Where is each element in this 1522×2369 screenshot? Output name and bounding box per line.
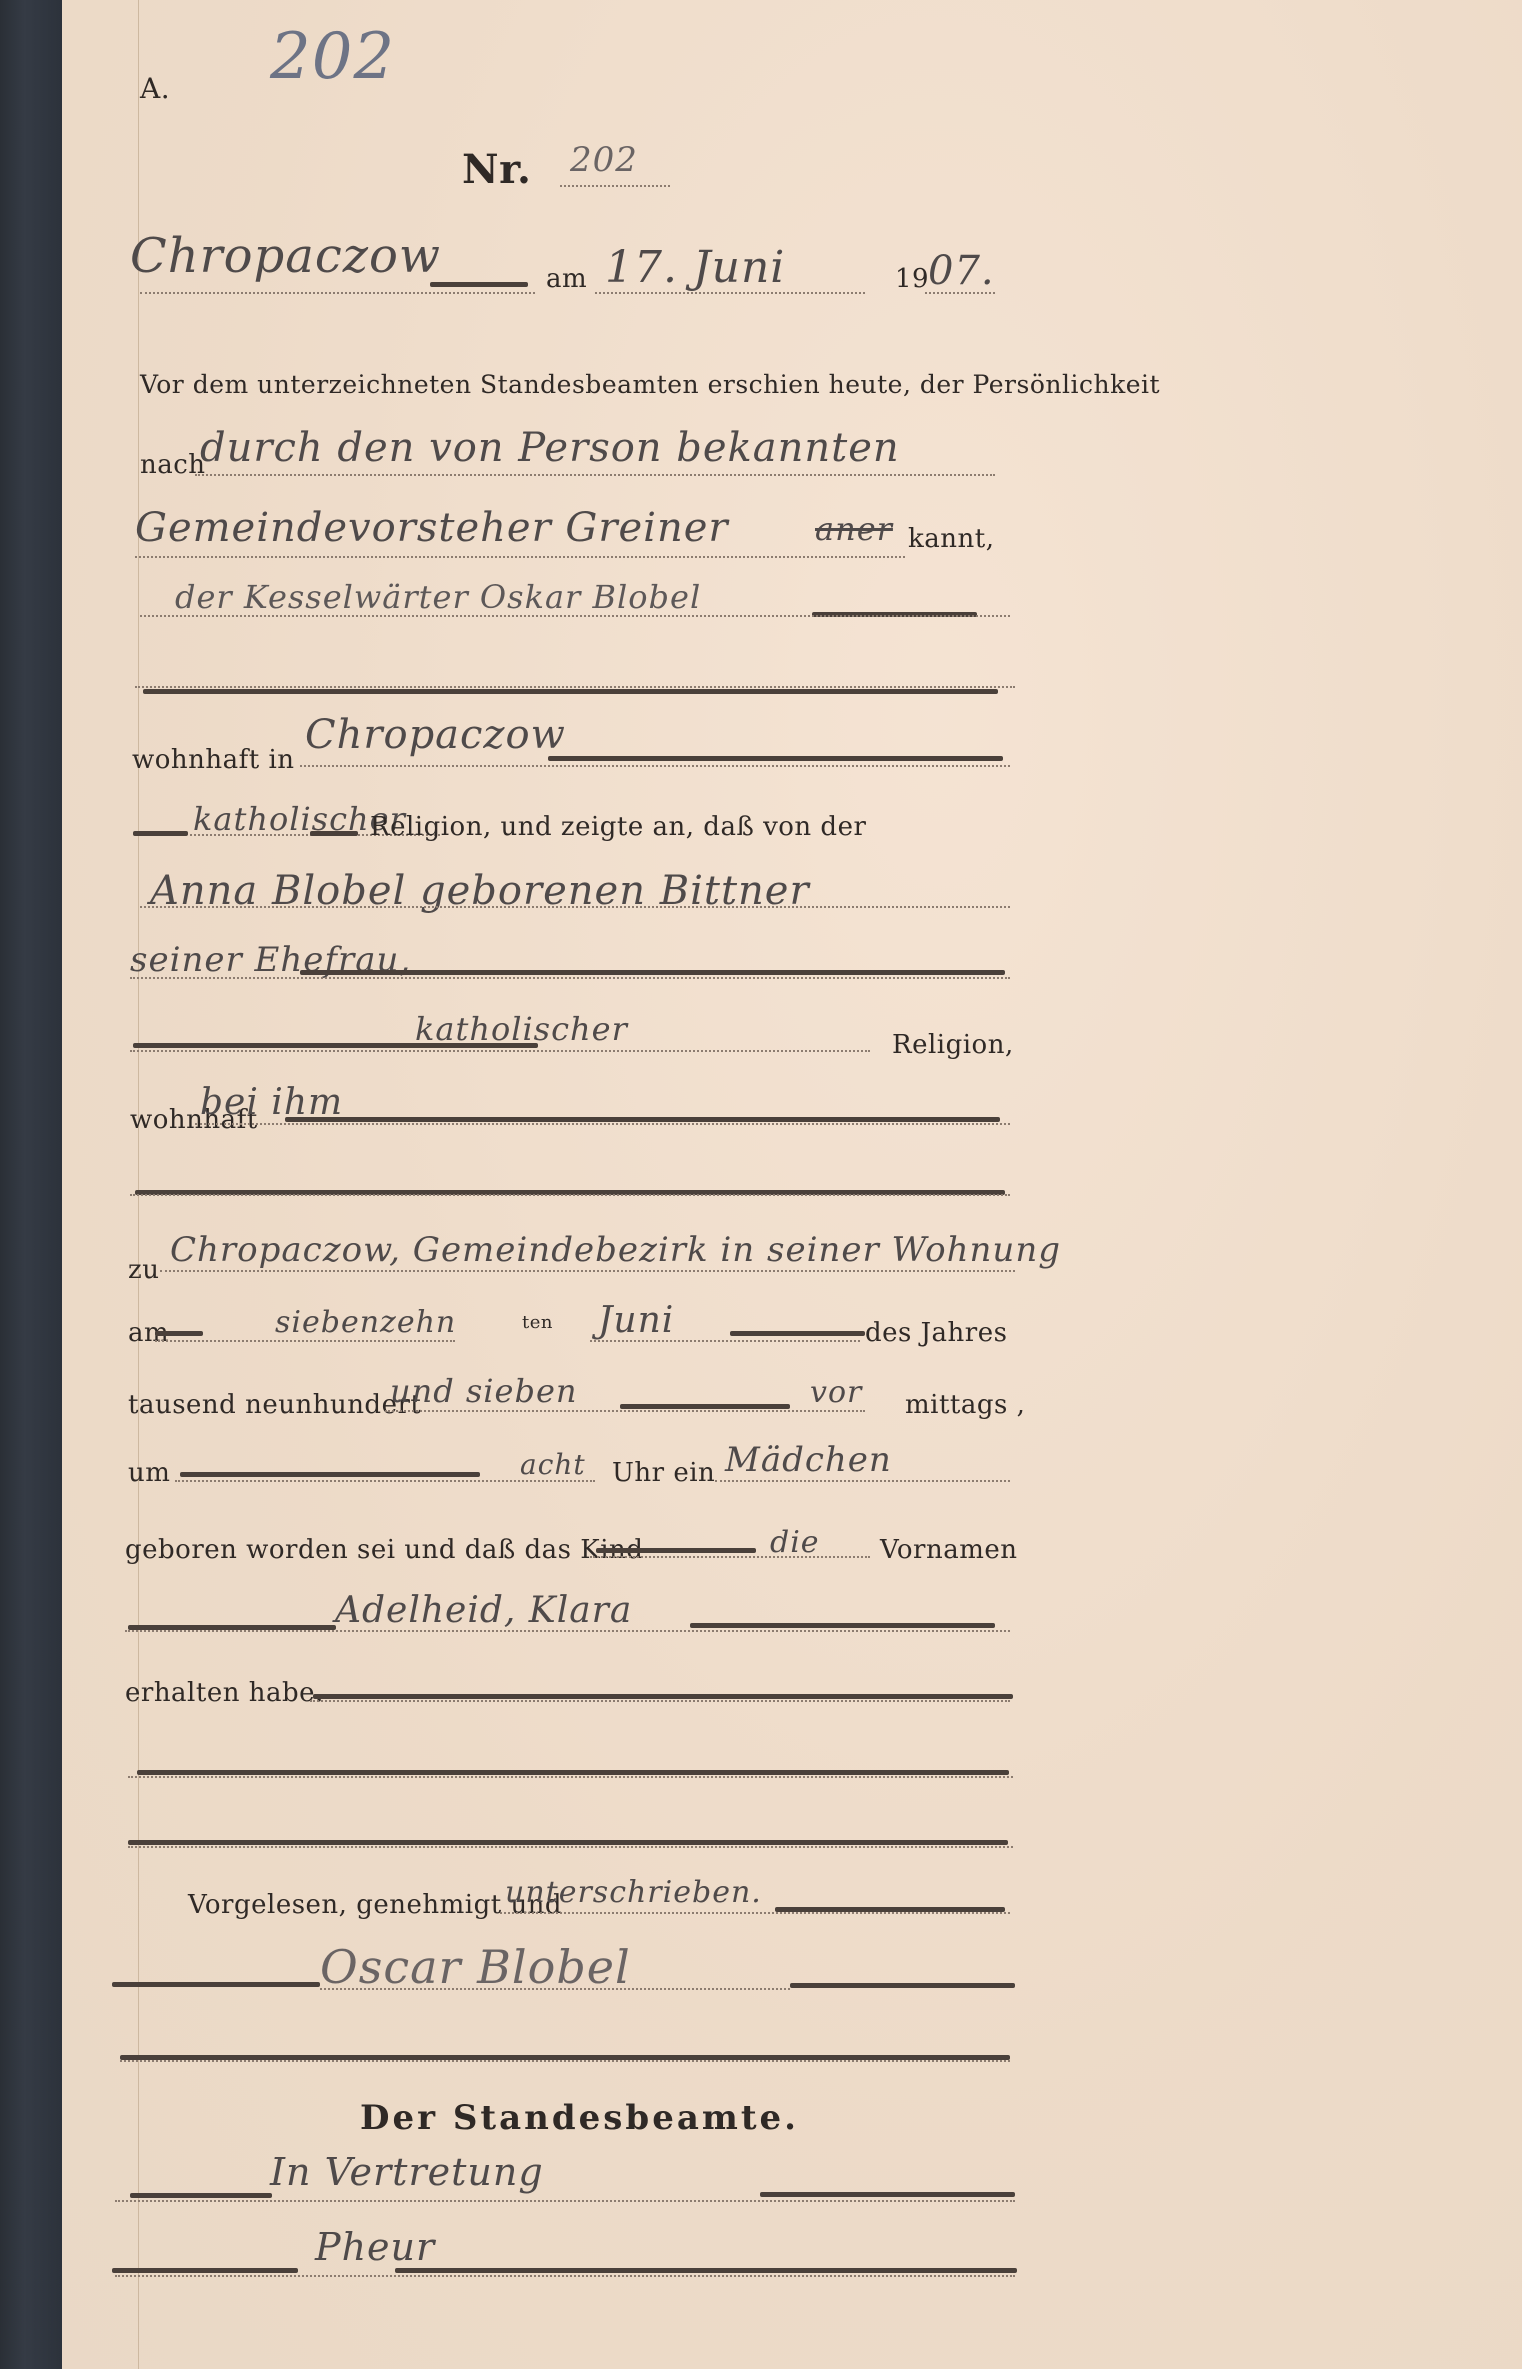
residence-dots — [300, 765, 1010, 767]
born-text: geboren worden sei und daß das Kind — [125, 1535, 643, 1565]
informant-name: der Kesselwärter Oskar Blobel — [175, 578, 701, 616]
registrar-note: In Vertretung — [270, 2150, 544, 2194]
mother-residence-rule — [285, 1117, 1000, 1122]
informant-signature-rule-left — [112, 1982, 320, 1987]
registrar-dots — [115, 2200, 1015, 2202]
birth-place-value: Chropaczow, Gemeindebezirk in seiner Woh… — [170, 1230, 1061, 1270]
hour-label: um — [128, 1458, 170, 1488]
informant-signature-rule-right — [790, 1983, 1015, 1988]
year-words-rule — [620, 1404, 790, 1409]
child-names-rule-right — [690, 1623, 995, 1628]
birth-month-rule — [730, 1331, 865, 1336]
signature-rule-left — [112, 2268, 298, 2273]
place-rule — [430, 282, 528, 287]
identity-suffix: kannt, — [908, 524, 994, 554]
hour-value: acht — [520, 1448, 586, 1481]
birth-place-dots — [160, 1270, 1015, 1272]
birth-place-label: zu — [128, 1255, 159, 1285]
received-label: erhalten habe. — [125, 1678, 324, 1708]
birth-year-label: des Jahres — [865, 1318, 1007, 1348]
registrar-title: Der Standesbeamte. — [360, 2098, 799, 2138]
child-names: Adelheid, Klara — [335, 1590, 632, 1631]
mother-relation-dots — [130, 977, 1010, 979]
informant-signature-dots — [320, 1988, 790, 1990]
empty-dots-4 — [128, 1846, 1013, 1848]
birth-month-value: Juni — [598, 1300, 674, 1341]
identity-dots-2 — [135, 556, 905, 558]
informant-signature: Oscar Blobel — [320, 1940, 631, 1994]
empty-rule-4 — [128, 1840, 1008, 1845]
registrar-rule-right — [760, 2192, 1015, 2197]
mother-relation-rule — [300, 970, 1005, 975]
child-names-dots — [125, 1630, 1010, 1632]
article-dots — [590, 1556, 870, 1558]
hour-dots — [175, 1480, 595, 1482]
registrar-rule-left — [130, 2193, 272, 2198]
born-rule — [596, 1548, 756, 1553]
birth-day-suffix: ten — [522, 1312, 553, 1333]
informant-dots — [140, 615, 1010, 617]
year-prefix: 19 — [895, 264, 929, 294]
place-dots — [140, 292, 535, 294]
mother-religion-label: Religion, — [570, 1030, 1014, 1060]
signature-rule-right — [395, 2268, 1017, 2273]
page-fold-line — [138, 0, 139, 2369]
religion-text: Religion, und zeigte an, daß von der — [370, 812, 866, 842]
birth-month-dots — [590, 1340, 860, 1342]
identity-line1: durch den von Person bekannten — [200, 425, 900, 471]
date-value: 17. Juni — [605, 242, 785, 293]
received-dots — [310, 1700, 1010, 1702]
given-names-label: Vornamen — [880, 1535, 1018, 1565]
number-dots — [560, 185, 670, 187]
hour-rule — [180, 1472, 480, 1477]
clock-label: Uhr ein — [612, 1458, 715, 1488]
identity-dots-1 — [195, 474, 995, 476]
birth-day-value: siebenzehn — [275, 1305, 456, 1340]
empty-dots-1 — [135, 686, 1015, 688]
empty-dots-5 — [120, 2060, 1010, 2062]
year-words-dots — [385, 1410, 865, 1412]
form-letter: A. — [140, 72, 170, 105]
registrar-signature: Pheur — [315, 2225, 435, 2269]
thousand-label: tausend neunhundert — [128, 1390, 421, 1420]
residence-value: Chropaczow — [305, 712, 566, 758]
register-page — [62, 0, 1522, 2369]
year-dots — [925, 292, 995, 294]
article-value: die — [770, 1525, 820, 1560]
ampm-label: mittags , — [905, 1390, 1025, 1420]
identity-struck: aner — [815, 510, 893, 548]
residence-rule — [548, 756, 1003, 761]
read-dots — [500, 1912, 1010, 1914]
number-value: 202 — [570, 140, 638, 180]
received-rule — [313, 1694, 1013, 1699]
birth-day-dots — [155, 1340, 455, 1342]
read-value: unterschrieben. — [505, 1875, 762, 1910]
mother-name-dots — [140, 906, 1010, 908]
birth-day-rule — [155, 1331, 203, 1336]
date-dots — [595, 292, 865, 294]
pencil-number: 202 — [270, 20, 395, 94]
date-connector: am — [546, 264, 587, 294]
ampm-value: vor — [810, 1375, 862, 1410]
year-words: und sieben — [390, 1372, 578, 1410]
empty-dots-3 — [128, 1776, 1013, 1778]
mother-residence-dots — [195, 1123, 1010, 1125]
residence-label: wohnhaft in — [132, 745, 295, 775]
child-sex: Mädchen — [725, 1440, 892, 1480]
number-label: Nr. — [462, 146, 531, 193]
place-value: Chropaczow — [130, 228, 441, 284]
identity-line2: Gemeindevorsteher Greiner — [135, 505, 729, 551]
empty-rule-1 — [143, 689, 998, 694]
child-sex-dots — [715, 1480, 1010, 1482]
intro-text: Vor dem unterzeichneten Standesbeamten e… — [140, 370, 1160, 399]
empty-rule-3 — [137, 1770, 1009, 1775]
religion-rule-left — [133, 831, 188, 836]
empty-dots-2 — [130, 1194, 1010, 1196]
book-binding — [0, 0, 62, 2369]
religion-rule-right — [310, 831, 358, 836]
signature-dots — [115, 2275, 1015, 2277]
year-suffix: 07. — [928, 248, 995, 294]
